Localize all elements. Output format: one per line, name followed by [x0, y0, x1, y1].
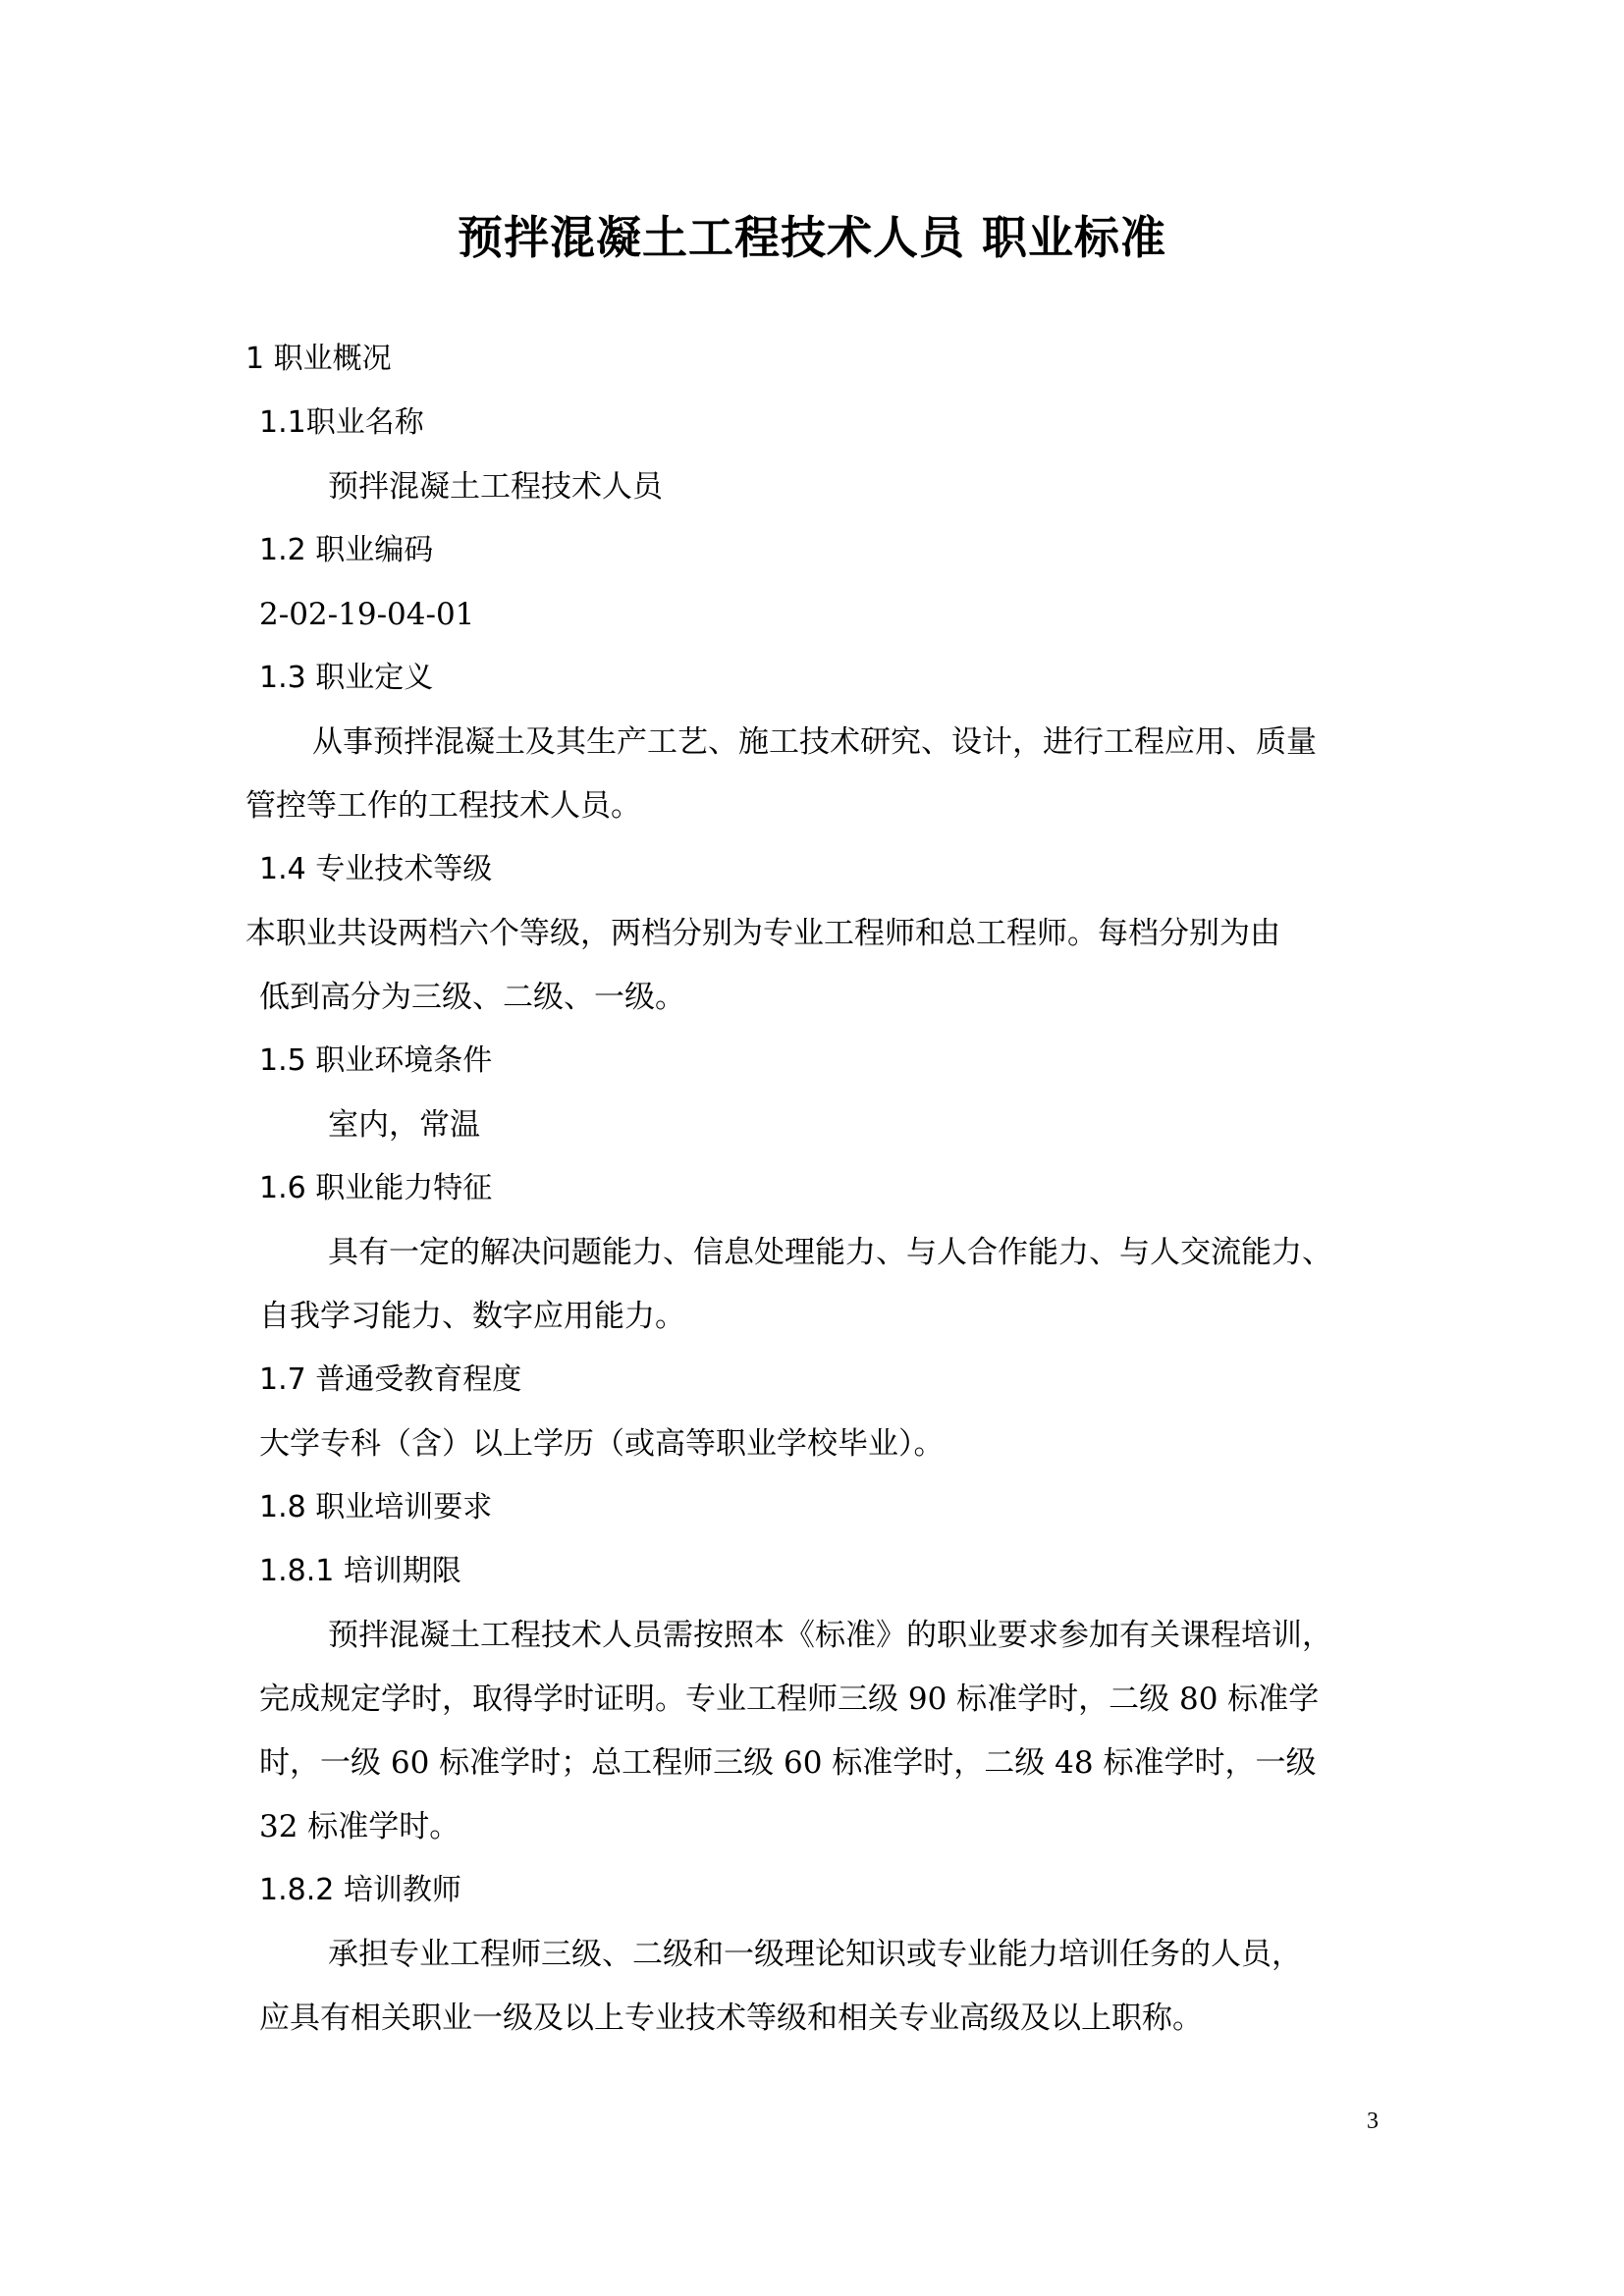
section-heading-1-3: 1.3 职业定义: [259, 657, 433, 700]
section-heading-1-1: 1.1职业名称: [259, 401, 424, 445]
training-period-line-3: 时，一级 60 标准学时；总工程师三级 60 标准学时，二级 48 标准学时，一…: [259, 1741, 1316, 1785]
environment-text: 室内，常温: [328, 1103, 480, 1147]
ability-line-2: 自我学习能力、数字应用能力。: [259, 1295, 685, 1338]
section-heading-1-4: 1.4 专业技术等级: [259, 848, 492, 891]
section-heading-1-2: 1.2 职业编码: [259, 529, 433, 572]
training-period-line-4: 32 标准学时。: [259, 1805, 460, 1848]
definition-line-2: 管控等工作的工程技术人员。: [245, 784, 641, 828]
section-heading-1-7: 1.7 普通受教育程度: [259, 1359, 521, 1402]
grades-line-2: 低到高分为三级、二级、一级。: [259, 976, 685, 1019]
occupation-code: 2-02-19-04-01: [259, 593, 474, 636]
trainer-line-2: 应具有相关职业一级及以上专业技术等级和相关专业高级及以上职称。: [259, 1997, 1203, 2040]
document-page: 预拌混凝土工程技术人员 职业标准 1 职业概况 1.1职业名称 预拌混凝土工程技…: [0, 0, 1624, 2296]
trainer-line-1: 承担专业工程师三级、二级和一级理论知识或专业能力培训任务的人员，: [328, 1933, 1302, 1976]
training-period-line-2: 完成规定学时，取得学时证明。专业工程师三级 90 标准学时，二级 80 标准学: [259, 1678, 1319, 1721]
grades-line-1: 本职业共设两档六个等级，两档分别为专业工程师和总工程师。每档分别为由: [245, 912, 1280, 955]
section-heading-1-5: 1.5 职业环境条件: [259, 1040, 492, 1083]
page-number: 3: [1367, 2107, 1379, 2136]
section-heading-1: 1 职业概况: [245, 338, 392, 381]
section-heading-1-8: 1.8 职业培训要求: [259, 1486, 492, 1529]
definition-line-1: 从事预拌混凝土及其生产工艺、施工技术研究、设计，进行工程应用、质量: [312, 721, 1317, 764]
section-heading-1-6: 1.6 职业能力特征: [259, 1167, 492, 1210]
section-heading-1-8-2: 1.8.2 培训教师: [259, 1869, 461, 1912]
section-heading-1-8-1: 1.8.1 培训期限: [259, 1550, 461, 1593]
occupation-name: 预拌混凝土工程技术人员: [328, 465, 663, 508]
education-text: 大学专科（含）以上学历（或高等职业学校毕业）。: [259, 1422, 945, 1466]
ability-line-1: 具有一定的解决问题能力、信息处理能力、与人合作能力、与人交流能力、: [328, 1231, 1332, 1274]
document-title: 预拌混凝土工程技术人员 职业标准: [0, 208, 1624, 267]
training-period-line-1: 预拌混凝土工程技术人员需按照本《标准》的职业要求参加有关课程培训，: [328, 1614, 1332, 1657]
